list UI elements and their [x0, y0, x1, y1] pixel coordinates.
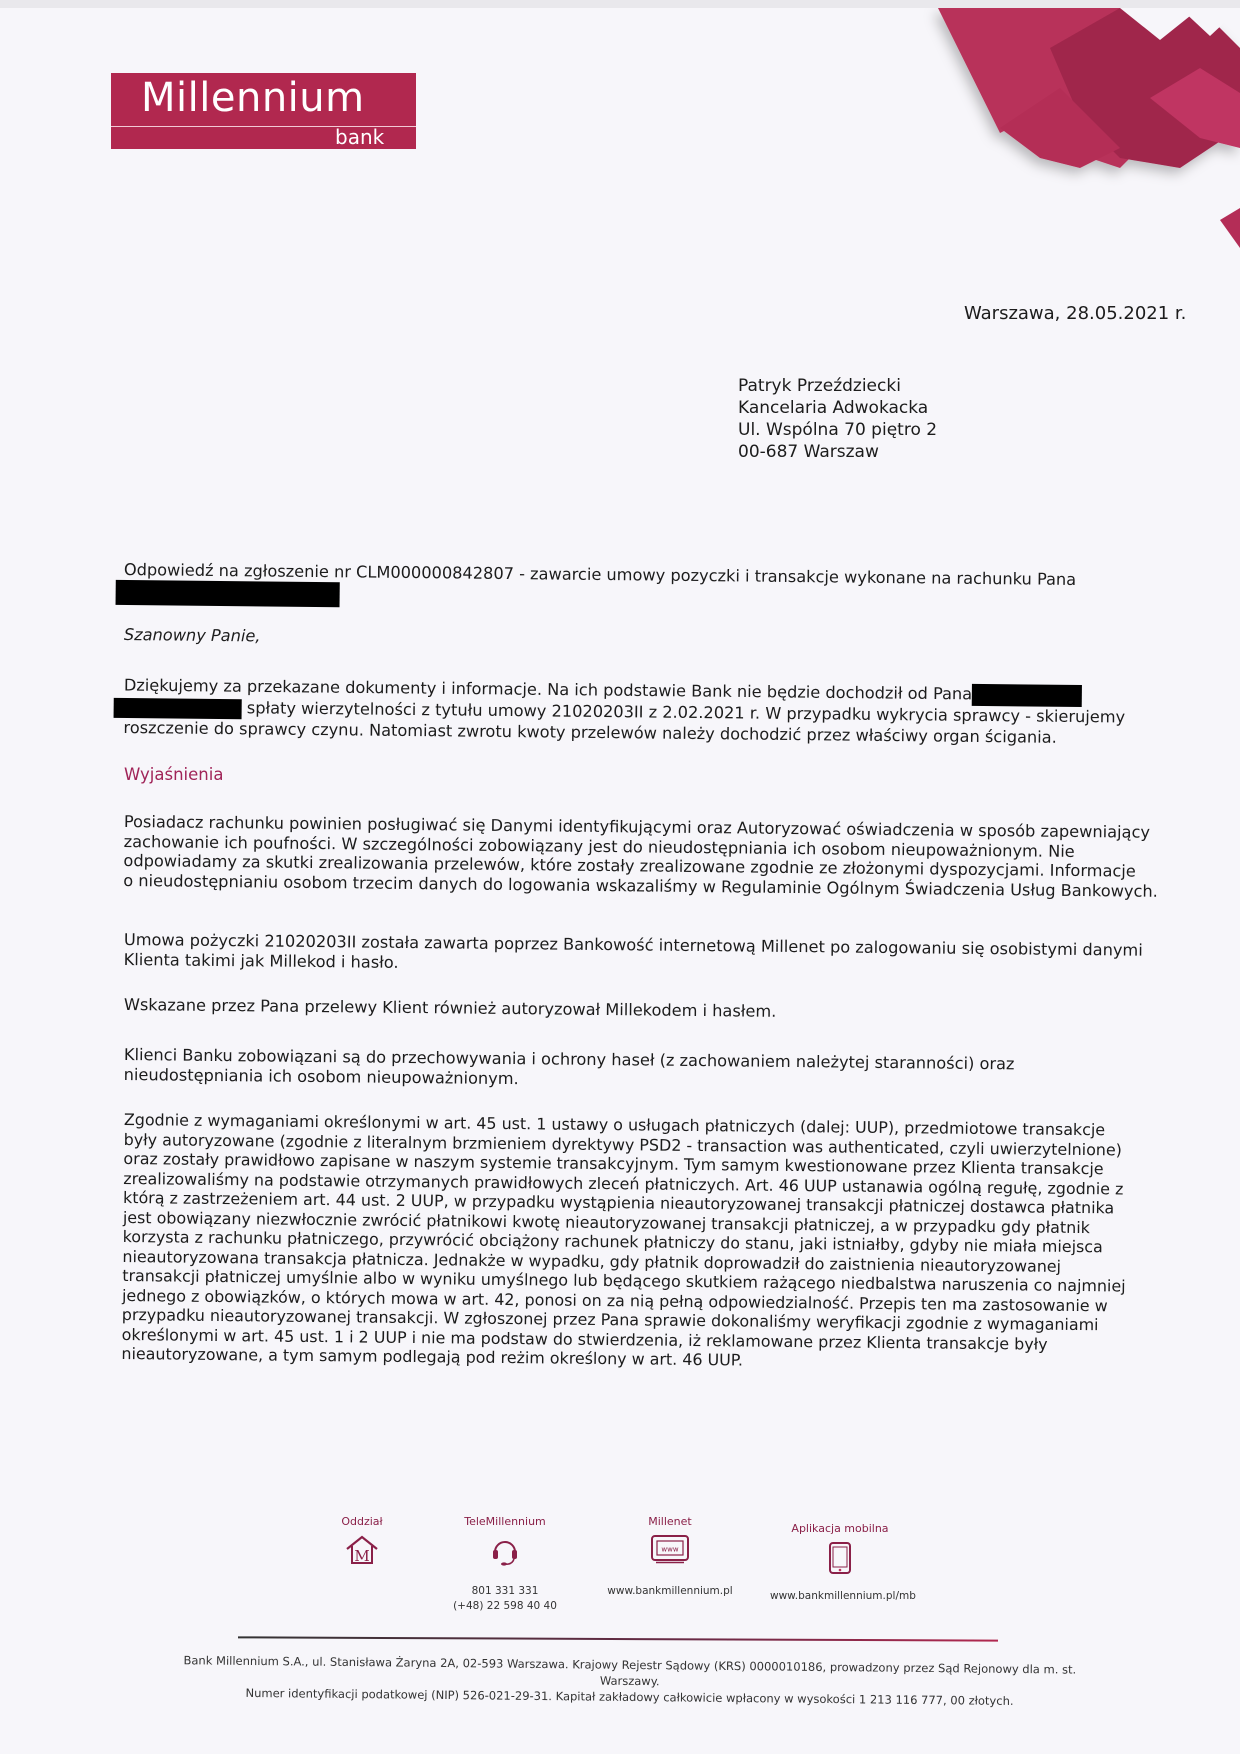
paragraph-password-duty: Klienci Banku zobowiązani są do przechow…: [124, 1045, 1015, 1093]
mobile-phone-icon: [828, 1541, 852, 1575]
logo-name: Millennium: [141, 75, 365, 121]
recipient-firm: Kancelaria Adwokacka: [738, 397, 937, 419]
paragraph-line: Wskazane przez Pana przelewy Klient równ…: [124, 995, 777, 1021]
paragraph-account-holder: Posiadacz rachunku powinien posługiwać s…: [123, 812, 1158, 901]
paragraph-intro: Dziękujemy za przekazane dokumenty i inf…: [123, 675, 1125, 747]
recipient-city: 00-687 Warszaw: [738, 441, 937, 463]
branch-house-icon: M: [345, 1534, 379, 1566]
millennium-bank-logo: Millennium bank: [111, 73, 416, 149]
redacted-name: [116, 579, 340, 606]
channel-branch: Oddział M: [322, 1515, 402, 1570]
redacted-name: [114, 697, 242, 718]
letter-subject: Odpowiedź na zgłoszenie nr CLM0000008428…: [124, 560, 1077, 614]
logo-sub: bank: [335, 125, 384, 149]
channel-info: www.bankmillennium.pl/mb: [770, 1589, 910, 1604]
legal-footer: Bank Millennium S.A., ul. Stanisława Żar…: [159, 1652, 1099, 1710]
headset-icon: [490, 1534, 520, 1566]
recipient-name: Patryk Przeździecki: [738, 375, 937, 397]
channel-millenet: Millenet www www.bankmillennium.pl: [600, 1515, 740, 1599]
scan-top-edge: [0, 0, 1240, 8]
recipient-street: Ul. Wspólna 70 piętro 2: [738, 419, 937, 441]
channel-telemillennium: TeleMillennium 801 331 331 (+48) 22 598 …: [450, 1515, 560, 1614]
svg-text:www: www: [661, 1546, 678, 1554]
phone-number-intl: (+48) 22 598 40 40: [450, 1599, 560, 1614]
www-monitor-icon: www: [650, 1534, 690, 1564]
channel-info: 801 331 331 (+48) 22 598 40 40: [450, 1584, 560, 1614]
greeting: Szanowny Panie,: [124, 625, 261, 646]
section-heading-explanations: Wyjaśnienia: [124, 765, 223, 784]
channel-label: TeleMillennium: [450, 1515, 560, 1528]
svg-text:M: M: [354, 1547, 369, 1565]
redacted-name: [972, 684, 1082, 707]
corner-diamond-decoration: [920, 8, 1240, 248]
channel-label: Oddział: [322, 1515, 402, 1528]
paragraph-loan-agreement: Umowa pożyczki 21020203II została zawart…: [124, 930, 1143, 980]
phone-number: 801 331 331: [450, 1584, 560, 1599]
footer-divider: [238, 1636, 998, 1641]
letter-date: Warszawa, 28.05.2021 r.: [964, 303, 1186, 324]
channel-mobile-app: Aplikacja mobilna www.bankmillennium.pl/…: [770, 1515, 910, 1604]
channel-label: Millenet: [600, 1515, 740, 1528]
paragraph-legal-basis: Zgodnie z wymaganiami określonymi w art.…: [121, 1110, 1127, 1374]
paragraph-transfers: Wskazane przez Pana przelewy Klient równ…: [124, 995, 777, 1021]
recipient-address: Patryk Przeździecki Kancelaria Adwokacka…: [738, 375, 937, 463]
channel-info: www.bankmillennium.pl: [600, 1584, 740, 1599]
channel-label: Aplikacja mobilna: [770, 1522, 910, 1535]
